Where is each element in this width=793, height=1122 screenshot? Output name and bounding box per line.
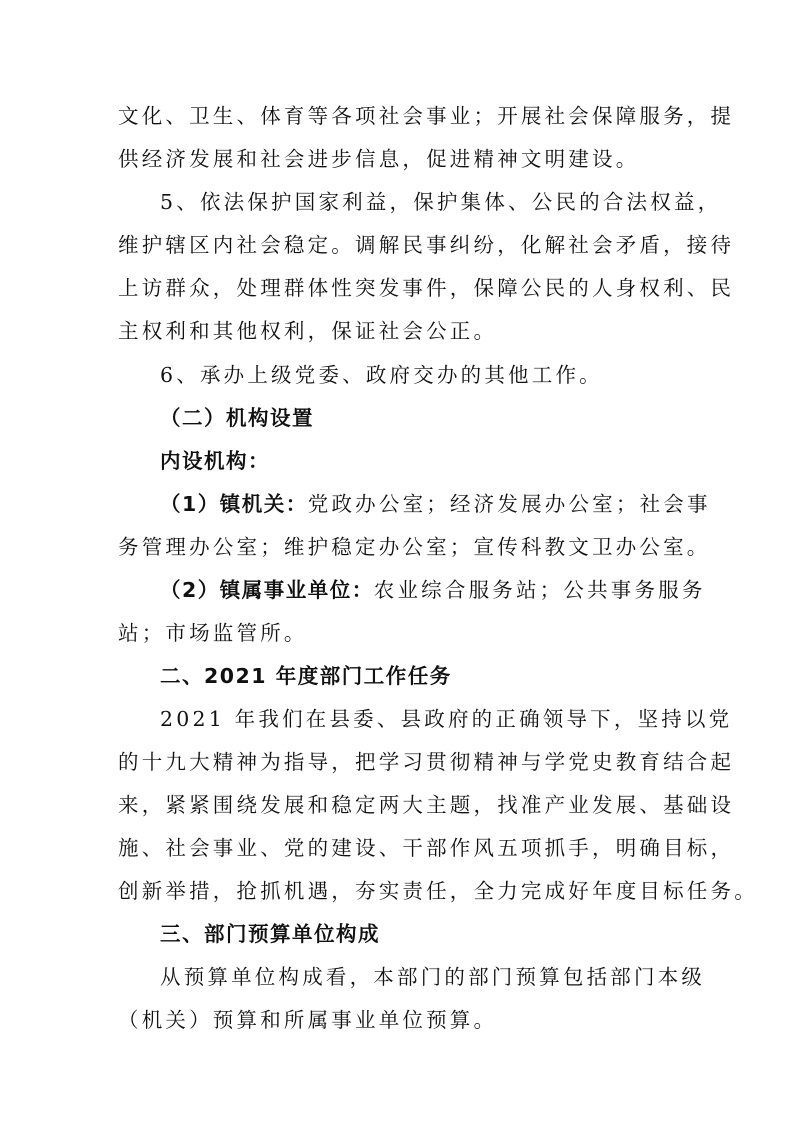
org-item-label: （2）镇属事业单位： — [160, 578, 374, 602]
org-item-text: 农业综合服务站；公共事务服务 — [374, 578, 706, 602]
body-text-line: 来，紧紧围绕发展和稳定两大主题，找准产业发展、基础设 — [118, 791, 734, 819]
subheading-internal-orgs: 内设机构： — [160, 447, 270, 475]
body-text-line: 2021 年我们在县委、县政府的正确领导下，坚持以党 — [160, 705, 732, 733]
section-heading-org-setup: （二）机构设置 — [160, 404, 314, 432]
body-text-line: 务管理办公室；维护稳定办公室；宣传科教文卫办公室。 — [118, 533, 711, 561]
body-text-line: 的十九大精神为指导，把学习贯彻精神与学党史教育结合起 — [118, 748, 734, 776]
body-text-line: 主权利和其他权利，保证社会公正。 — [118, 317, 497, 345]
document-page: 文化、卫生、体育等各项社会事业；开展社会保障服务，提 供经济发展和社会进步信息，… — [0, 0, 793, 1122]
body-text-line: （机关）预算和所属事业单位预算。 — [118, 1006, 497, 1034]
body-text-line: 从预算单位构成看，本部门的部门预算包括部门本级 — [160, 963, 705, 991]
org-item-public-institutions: （2）镇属事业单位：农业综合服务站；公共事务服务 — [160, 576, 706, 604]
body-text-line: 施、社会事业、党的建设、干部作风五项抓手，明确目标， — [118, 834, 734, 862]
body-text-line: 供经济发展和社会进步信息，促进精神文明建设。 — [118, 145, 639, 173]
org-item-town-office: （1）镇机关：党政办公室；经济发展办公室；社会事 — [160, 490, 711, 518]
section-heading-budget-units: 三、部门预算单位构成 — [160, 920, 380, 948]
body-text-line: 上访群众，处理群体性突发事件，保障公民的人身权利、民 — [118, 274, 734, 302]
body-text-line: 站；市场监管所。 — [118, 619, 308, 647]
list-item-5: 5、依法保护国家利益，保护集体、公民的合法权益， — [160, 188, 721, 216]
body-text-line: 维护辖区内社会稳定。调解民事纠纷，化解社会矛盾，接待 — [118, 231, 734, 259]
section-heading-2021-tasks: 二、2021 年度部门工作任务 — [160, 662, 452, 690]
org-item-text: 党政办公室；经济发展办公室；社会事 — [308, 492, 711, 516]
list-item-6: 6、承办上级党委、政府交办的其他工作。 — [160, 361, 603, 389]
org-item-label: （1）镇机关： — [160, 492, 308, 516]
body-text-line: 文化、卫生、体育等各项社会事业；开展社会保障服务，提 — [118, 102, 734, 130]
body-text-line: 创新举措，抢抓机遇，夯实责任，全力完成好年度目标任务。 — [118, 877, 758, 905]
